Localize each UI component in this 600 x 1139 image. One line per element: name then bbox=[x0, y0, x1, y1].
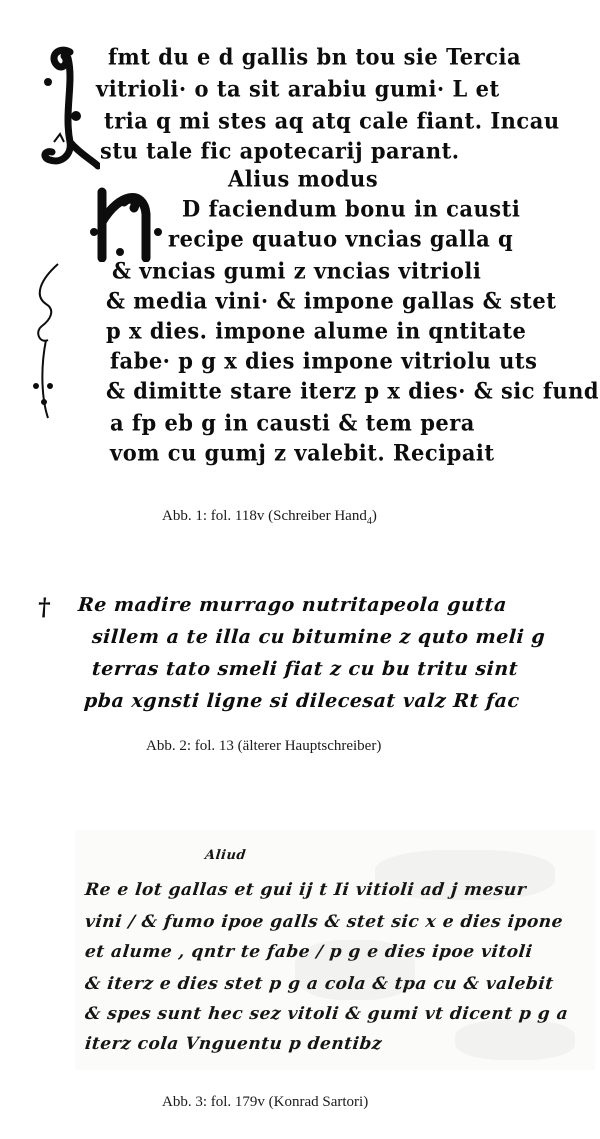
decorated-initial-l-icon bbox=[40, 42, 100, 182]
figure-caption-abb3: Abb. 3: fol. 179v (Konrad Sartori) bbox=[162, 1094, 368, 1111]
manuscript-image-fol-179v: Aliud Re e lot gallas et gui ij t Ii vit… bbox=[75, 830, 595, 1070]
manuscript-heading: Aliud bbox=[204, 848, 247, 863]
manuscript-line: terras tato smeli fiat z cu bu tritu sin… bbox=[91, 658, 519, 680]
manuscript-line: fmt du e d gallis bn tou sie Tercia bbox=[108, 43, 521, 69]
paper-stain bbox=[455, 1020, 575, 1060]
manuscript-line: Re e lot gallas et gui ij t Ii vitioli a… bbox=[84, 880, 527, 900]
manuscript-line: vom cu gumj z valebit. Recipait bbox=[110, 439, 495, 465]
manuscript-line: fabe· p g x dies impone vitriolu uts bbox=[110, 347, 537, 373]
decorated-initial-h-icon bbox=[90, 182, 170, 262]
manuscript-line: D faciendum bonu in causti bbox=[182, 195, 520, 221]
manuscript-line: Re madire murrago nutritapeola gutta bbox=[77, 594, 507, 616]
manuscript-line: stu tale fic apotecarij parant. bbox=[100, 137, 460, 163]
manuscript-line: et alume , qntr te fabe / p g e dies ipo… bbox=[84, 942, 534, 962]
manuscript-line: vini / & fumo ipoe galls & stet sic x e … bbox=[84, 912, 564, 932]
manuscript-image-fol-118v: fmt du e d gallis bn tou sie Tercia vitr… bbox=[0, 20, 600, 490]
manuscript-line: p x dies. impone alume in qntitate bbox=[106, 317, 526, 343]
manuscript-line: tria q mi stes aq atq cale fiant. Incau bbox=[104, 107, 560, 133]
manuscript-line: & spes sunt hec sez vitoli & gumi vt dic… bbox=[84, 1004, 569, 1024]
manuscript-line: & iterz e dies stet p g a cola & tpa cu … bbox=[84, 974, 555, 994]
margin-flourish-icon bbox=[30, 260, 60, 420]
figure-caption-abb1: Abb. 1: fol. 118v (Schreiber Hand4) bbox=[162, 508, 377, 527]
manuscript-line: & vncias gumi z vncias vitrioli bbox=[112, 257, 481, 283]
manuscript-image-fol-13: † Re madire murrago nutritapeola gutta s… bbox=[30, 580, 600, 730]
manuscript-line: a fp eb g in causti & tem pera bbox=[110, 409, 475, 435]
manuscript-line: & media vini· & impone gallas & stet bbox=[106, 287, 556, 313]
manuscript-line: pba xgnsti ligne si dilecesat valz Rt fa… bbox=[83, 690, 520, 712]
manuscript-line: iterz cola Vnguentu p dentibz bbox=[84, 1034, 383, 1054]
manuscript-line: vitrioli· o ta sit arabiu gumi· L et bbox=[96, 75, 500, 101]
figure-caption-abb2: Abb. 2: fol. 13 (älterer Hauptschreiber) bbox=[146, 738, 381, 755]
manuscript-heading: Alius modus bbox=[228, 165, 378, 191]
manuscript-line: recipe quatuo vncias galla q bbox=[168, 225, 513, 251]
caption-text: Abb. 1: fol. 118v (Schreiber Hand bbox=[162, 508, 367, 524]
manuscript-line: sillem a te illa cu bitumine z quto meli… bbox=[91, 626, 546, 648]
caption-suffix: ) bbox=[372, 508, 377, 524]
margin-cross-mark: † bbox=[37, 592, 52, 621]
manuscript-line: & dimitte stare iterz p x dies· & sic fu… bbox=[106, 377, 600, 403]
